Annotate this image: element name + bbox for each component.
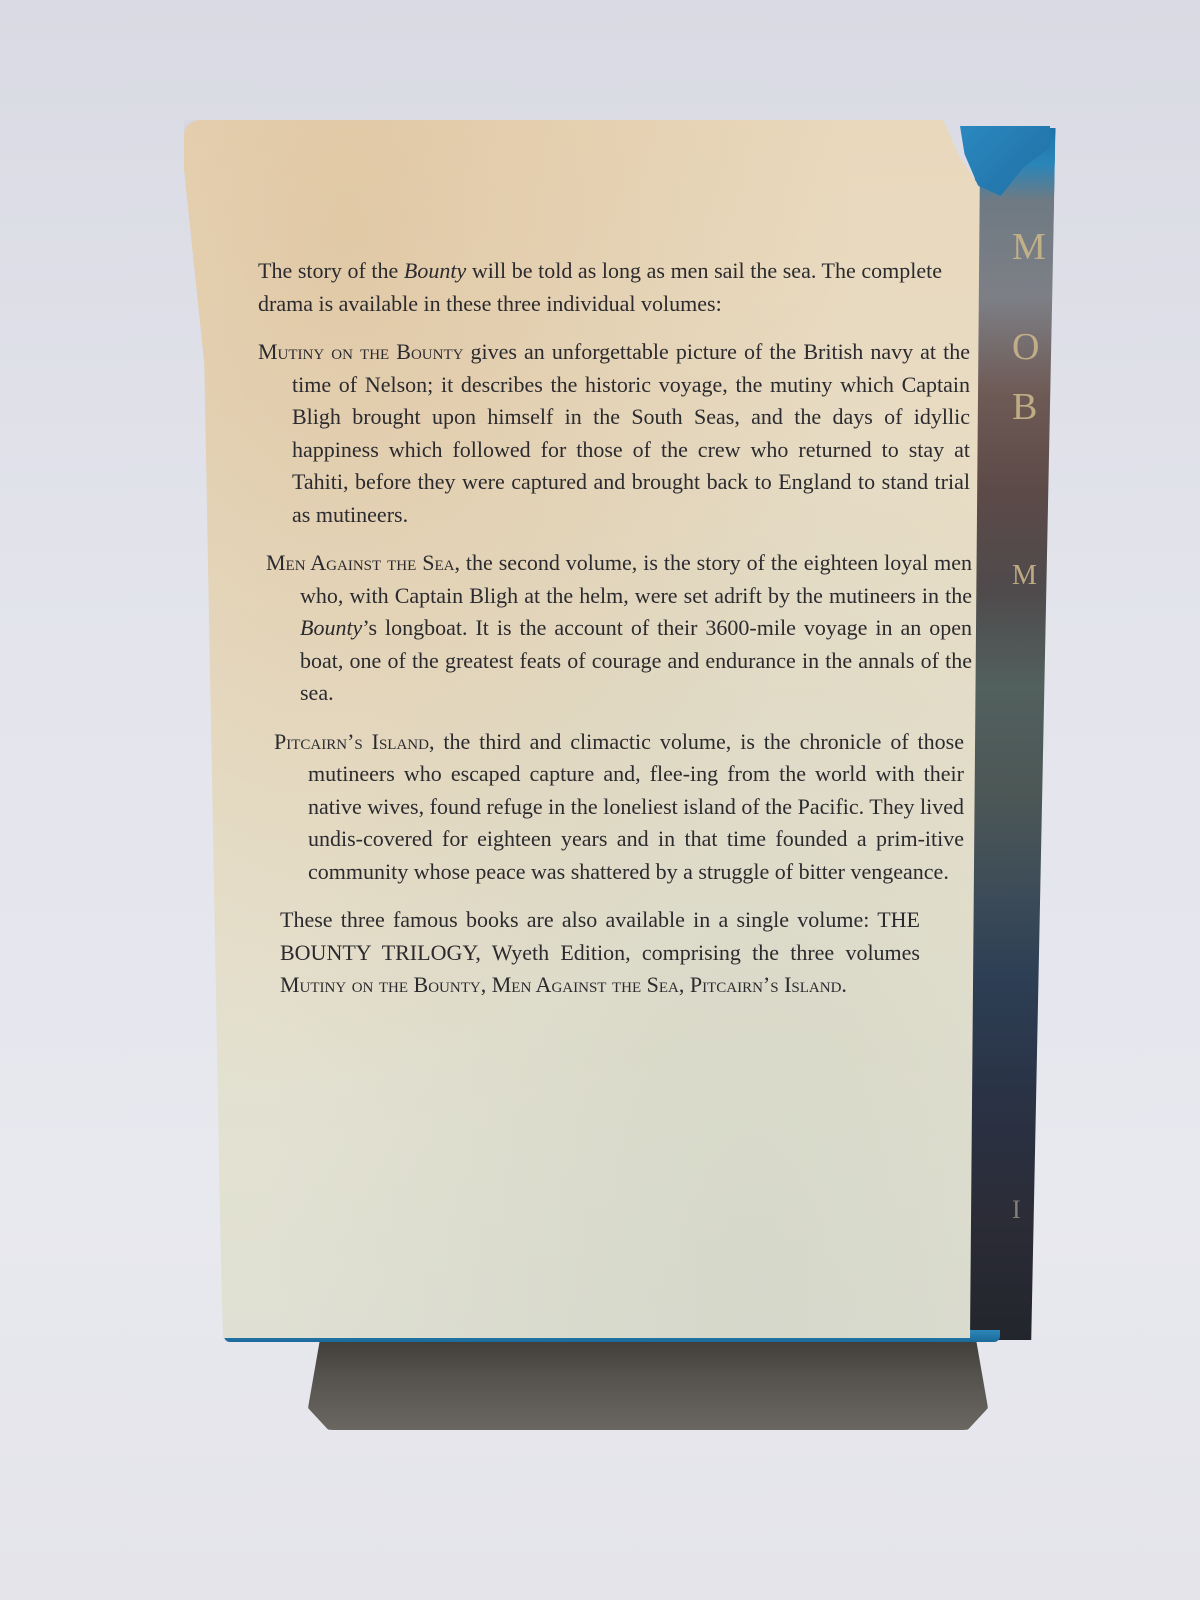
volume-title: Pitcairn’s Island xyxy=(274,729,429,754)
ship-name: Bounty xyxy=(404,258,466,283)
volume-title: Men Against the Sea xyxy=(266,550,454,575)
back-cover-text: The story of the Bounty will be told as … xyxy=(258,255,958,1018)
spine-letter: M xyxy=(1012,560,1037,592)
trilogy-text: , Wyeth Edition, comprising the three vo… xyxy=(475,940,920,965)
trilogy-text: These three famous books are also availa… xyxy=(280,907,877,932)
volume-men-against-the-sea: Men Against the Sea, the second volume, … xyxy=(266,547,972,710)
volume-title: Men Against the Sea xyxy=(492,972,679,997)
spine-letter: B xyxy=(1012,385,1037,429)
volume-title: Mutiny on the Bounty xyxy=(280,972,481,997)
volume-mutiny-on-the-bounty: Mutiny on the Bounty gives an unforgetta… xyxy=(258,336,970,531)
spine-letter: I xyxy=(1012,1195,1021,1225)
volume-description: ’s longboat. It is the account of their … xyxy=(300,615,972,705)
spine-letter: O xyxy=(1012,325,1039,369)
trilogy-paragraph: These three famous books are also availa… xyxy=(280,904,920,1002)
volume-title: Mutiny on the Bounty xyxy=(258,339,463,364)
spine-letter: M xyxy=(1012,225,1046,269)
volume-description: gives an unforgettable picture of the Br… xyxy=(292,339,970,527)
volume-pitcairns-island: Pitcairn’s Island, the third and climact… xyxy=(274,726,964,889)
ship-name: Bounty xyxy=(300,615,362,640)
separator: , xyxy=(481,972,492,997)
book-stand xyxy=(308,1330,988,1430)
intro-paragraph: The story of the Bounty will be told as … xyxy=(258,255,942,320)
separator: , xyxy=(679,972,690,997)
separator: . xyxy=(841,972,847,997)
intro-text: The story of the xyxy=(258,258,404,283)
volume-title: Pitcairn’s Island xyxy=(690,972,842,997)
